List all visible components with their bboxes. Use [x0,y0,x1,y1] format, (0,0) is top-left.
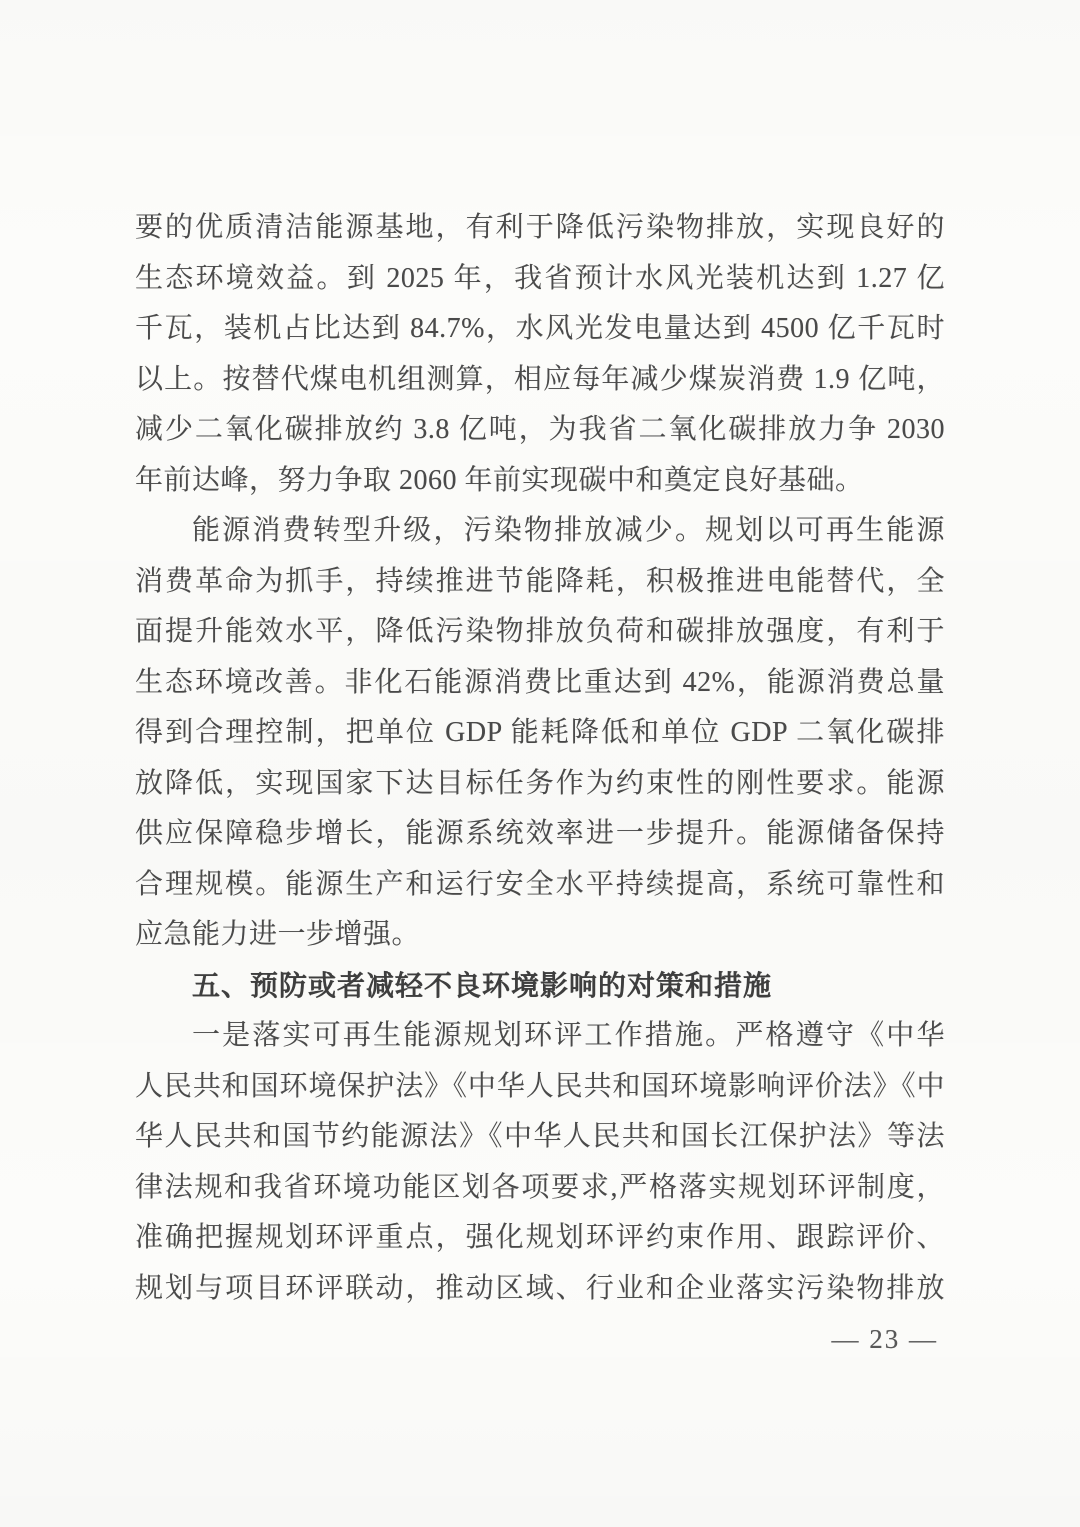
section-heading: 五、预防或者减轻不良环境影响的对策和措施 [135,961,945,1012]
paragraph-3: 一是落实可再生能源规划环评工作措施。严格遵守《中华 人民共和国环境保护法》《中华… [135,1011,945,1314]
text-line: 放降低，实现国家下达目标任务作为约束性的刚性要求。能源 [135,759,945,810]
paragraph-1: 要的优质清洁能源基地，有利于降低污染物排放，实现良好的 生态环境效益。到 202… [135,203,945,506]
text-line: 人民共和国环境保护法》《中华人民共和国环境影响评价法》《中 [135,1062,945,1113]
text-line: 律法规和我省环境功能区划各项要求,严格落实规划环评制度， [135,1163,945,1214]
text-line: 能源消费转型升级，污染物排放减少。规划以可再生能源 [135,506,945,557]
text-line: 合理规模。能源生产和运行安全水平持续提高，系统可靠性和 [135,860,945,911]
text-line: 一是落实可再生能源规划环评工作措施。严格遵守《中华 [135,1011,945,1062]
text-line: 消费革命为抓手，持续推进节能降耗，积极推进电能替代，全 [135,557,945,608]
text-line: 规划与项目环评联动，推动区域、行业和企业落实污染物排放 [135,1264,945,1315]
paragraph-2: 能源消费转型升级，污染物排放减少。规划以可再生能源 消费革命为抓手，持续推进节能… [135,506,945,961]
page-number: — 23 — [832,1324,939,1355]
text-line: 减少二氧化碳排放约 3.8 亿吨，为我省二氧化碳排放力争 2030 [135,405,945,456]
text-line: 要的优质清洁能源基地，有利于降低污染物排放，实现良好的 [135,203,945,254]
text-line: 华人民共和国节约能源法》《中华人民共和国长江保护法》等法 [135,1112,945,1163]
text-line: 以上。按替代煤电机组测算，相应每年减少煤炭消费 1.9 亿吨， [135,355,945,406]
text-line: 生态环境改善。非化石能源消费比重达到 42%，能源消费总量 [135,658,945,709]
text-line: 面提升能效水平，降低污染物排放负荷和碳排放强度，有利于 [135,607,945,658]
text-line: 生态环境效益。到 2025 年，我省预计水风光装机达到 1.27 亿 [135,254,945,305]
text-line: 准确把握规划环评重点，强化规划环评约束作用、跟踪评价、 [135,1213,945,1264]
text-line: 年前达峰，努力争取 2060 年前实现碳中和奠定良好基础。 [135,456,945,507]
text-line: 得到合理控制，把单位 GDP 能耗降低和单位 GDP 二氧化碳排 [135,708,945,759]
text-block: 要的优质清洁能源基地，有利于降低污染物排放，实现良好的 生态环境效益。到 202… [135,203,945,1314]
text-line: 应急能力进一步增强。 [135,910,945,961]
text-line: 供应保障稳步增长，能源系统效率进一步提升。能源储备保持 [135,809,945,860]
document-page: 要的优质清洁能源基地，有利于降低污染物排放，实现良好的 生态环境效益。到 202… [0,0,1080,1527]
text-line: 千瓦，装机占比达到 84.7%，水风光发电量达到 4500 亿千瓦时 [135,304,945,355]
